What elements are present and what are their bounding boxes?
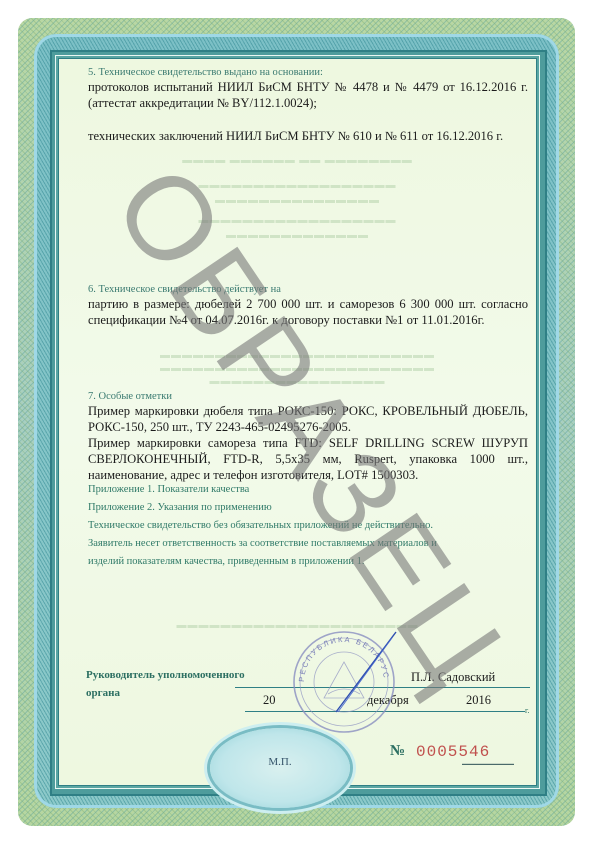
section-7-line: наименование, адрес и телефон изготовите… xyxy=(88,467,528,483)
background-form-text: ▬▬▬▬ ▬▬▬▬▬▬ ▬▬ ▬▬▬▬▬▬▬▬ xyxy=(60,155,535,166)
background-form-text: ▬▬▬▬▬▬▬▬▬▬▬▬▬▬▬▬ xyxy=(60,376,535,387)
date-year: 2016 xyxy=(466,693,506,708)
appendix-1: Приложение 1. Показатели качества xyxy=(88,484,528,495)
section-7-line: СВЕРЛОКОНЕЧНЫЙ, FTD-R, 5,5x35 мм, Rusper… xyxy=(88,451,528,467)
section-7-heading: 7. Особые отметки xyxy=(88,391,528,402)
background-form-text: ▬▬▬▬▬▬▬▬▬▬▬▬▬▬▬▬▬▬▬▬▬▬▬▬▬ xyxy=(60,363,535,374)
section-7-line: Пример маркировки дюбеля типа РОКС-150: … xyxy=(88,403,528,419)
section-5-line: (аттестат аккредитации № BY/112.1.0024); xyxy=(88,95,528,111)
note-validity: Техническое свидетельство без обязательн… xyxy=(88,520,528,531)
svg-text:РЕСПУБЛИКА БЕЛАРУСЬ: РЕСПУБЛИКА БЕЛАРУСЬ xyxy=(290,628,391,682)
background-form-text: ▬▬▬▬▬▬▬▬▬▬▬▬▬▬▬▬▬▬ xyxy=(60,180,535,191)
printer-imprint: ▬▬▬▬▬▬▬▬▬▬▬▬▬ xyxy=(462,761,514,766)
note-responsibility-cont: изделий показателям качества, приведенны… xyxy=(88,556,528,567)
background-form-text: ▬▬▬▬▬▬▬▬▬▬▬▬▬▬▬ xyxy=(60,195,535,206)
background-form-text: ▬▬▬▬▬▬▬▬▬▬▬▬▬▬▬▬▬▬▬▬▬▬▬▬▬ xyxy=(60,350,535,361)
background-form-text: ▬▬▬▬▬▬▬▬▬▬▬▬▬▬▬▬▬▬ xyxy=(60,215,535,226)
serial-number: 0005546 xyxy=(416,743,490,761)
stamp-text: РЕСПУБЛИКА БЕЛАРУСЬ xyxy=(290,628,391,682)
background-form-text: ▬▬▬▬▬▬▬▬▬▬▬▬▬ xyxy=(60,230,535,241)
appendix-2: Приложение 2. Указания по применению xyxy=(88,502,528,513)
seal-area: М.П. xyxy=(210,728,350,808)
signer-name: П.Л. Садовский xyxy=(411,670,531,685)
date-day: 20 xyxy=(263,693,293,708)
seal-label: М.П. xyxy=(210,756,350,768)
section-5-text-2: технических заключений НИИЛ БиСМ БНТУ № … xyxy=(88,128,528,144)
year-suffix: г. xyxy=(525,706,537,715)
section-6-line: спецификации №4 от 04.07.2016г. к догово… xyxy=(88,312,528,328)
section-5-line: технических заключений НИИЛ БиСМ БНТУ № … xyxy=(88,128,528,144)
section-6-text: партию в размере: дюбелей 2 700 000 шт. … xyxy=(88,296,528,328)
section-7-line: Пример маркировки самореза типа FTD: SEL… xyxy=(88,435,528,451)
section-7-line: РОКС-150, 250 шт., ТУ 2243-465-02495276-… xyxy=(88,419,528,435)
section-6-heading: 6. Техническое свидетельство действует н… xyxy=(88,284,528,295)
serial-number-label: № xyxy=(390,743,405,760)
note-responsibility: Заявитель несет ответственность за соотв… xyxy=(88,538,528,549)
official-stamp-icon: РЕСПУБЛИКА БЕЛАРУСЬ xyxy=(290,628,398,736)
section-6-line: партию в размере: дюбелей 2 700 000 шт. … xyxy=(88,296,528,312)
section-5-line: протоколов испытаний НИИЛ БиСМ БНТУ № 44… xyxy=(88,79,528,95)
section-5-text: протоколов испытаний НИИЛ БиСМ БНТУ № 44… xyxy=(88,79,528,111)
section-5-heading: 5. Техническое свидетельство выдано на о… xyxy=(88,67,528,78)
section-7-text: Пример маркировки дюбеля типа РОКС-150: … xyxy=(88,403,528,483)
